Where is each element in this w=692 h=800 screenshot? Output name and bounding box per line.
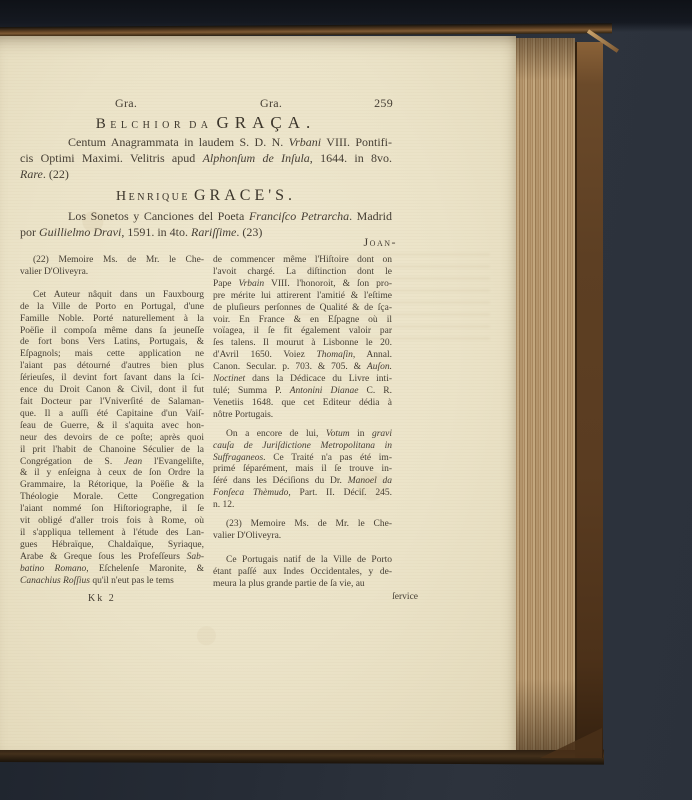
- text-line: meura la plus grande partie de ſa vie, a…: [213, 579, 392, 591]
- text-line: cis Optimi Maximi. Velitris apud Alphonſ…: [20, 150, 392, 166]
- text-line: On a encore de lui, Votum in gravi: [213, 429, 392, 441]
- entry-text-belchior: Centum Anagrammata in laudem S. D. N. Vr…: [20, 134, 392, 182]
- text-line: tulé; Summa P. Antonini Dianae C. R.: [213, 386, 392, 398]
- text-line: l'aiant pas détourné d'autres bien plus: [20, 361, 204, 373]
- footnote-right-column: de commencer même l'Hiſtoire dont onl'av…: [213, 255, 392, 591]
- scanned-book-photo: Gra. Gra. 259 Belchior da Graça. Centum …: [0, 0, 692, 800]
- text-line: (23) Memoire Ms. de Mr. le Che-: [213, 519, 392, 531]
- text-line: de commencer même l'Hiſtoire dont on: [213, 255, 392, 267]
- text-line: d'Avril 1650. Voiez Thomaſin, Annal.: [213, 350, 392, 362]
- text-line: il prit l'habit de Chanoine Séculier de …: [20, 445, 204, 457]
- text-line: nôtre Portugais.: [213, 410, 392, 422]
- text-line: Famille Noble. Porté naturellement à la: [20, 314, 204, 326]
- text-line: de fort bons Vers Latins, Portugais, &: [20, 337, 204, 349]
- text-line: Ce Portugais natif de la Ville de Porto: [213, 555, 392, 567]
- catchword-service: ſervice: [340, 592, 418, 602]
- text-line: étant paſſé aux Indes Occidentales, y de…: [213, 567, 392, 579]
- text-line: vit obligé d'aller trois fois à Rome, où: [20, 516, 204, 528]
- text-line: Venetiis 1648. que cet Editeur dédia à: [213, 398, 392, 410]
- text-line: (22) Memoire Ms. de Mr. le Che-: [20, 255, 204, 267]
- text-line: Fonſeca Thèmudo, Part. II. Déciſ. 245.: [213, 488, 392, 500]
- text-line: l'avoit chargé. La diſtinction dont le: [213, 267, 392, 279]
- heading-name: enrique: [129, 192, 190, 203]
- book-fore-edge: [515, 38, 575, 750]
- text-line: il s'appliqua tellement à l'étude des La…: [20, 528, 204, 540]
- text-line: Rare. (22): [20, 166, 392, 182]
- entry-heading-henrique-graces: Henrique Grace's.: [20, 187, 392, 205]
- text-line: Canachius Roſſius qu'il n'eut pas le tem…: [20, 576, 204, 588]
- text-line: ſeau de Guerre, & il s'aquita avec hon-: [20, 421, 204, 433]
- text-line: cauſa de Juriſdictione Metropolitana in: [213, 441, 392, 453]
- text-line: gues Hébraïque, Chaldaïque, Syriaque,: [20, 540, 204, 552]
- text-line: Noctinet dans la Dédicace du Livre inti-: [213, 374, 392, 386]
- text-line: Suffraganeos. Ce Traité n'a pas été im-: [213, 453, 392, 465]
- text-line: ſes talens. Il mourut à Lisbonne le 20.: [213, 338, 392, 350]
- text-line: Pape Vrbain VIII. l'honoroit, & ſon pro-: [213, 279, 392, 291]
- entry-heading-belchior-da-graca: Belchior da Graça.: [20, 113, 392, 133]
- text-line: ence du Droit Canon & Civil, dont il fut: [20, 385, 204, 397]
- text-line: primé ſéparément, mais il ſe trouve in-: [213, 464, 392, 476]
- text-line: batino Romano, Eſchelenſe Maronite, &: [20, 564, 204, 576]
- signature-mark: Kk 2: [88, 593, 116, 604]
- book-cover-edge: [575, 42, 603, 758]
- text-line: Centum Anagrammata in laudem S. D. N. Vr…: [20, 134, 392, 150]
- book-page: Gra. Gra. 259 Belchior da Graça. Centum …: [0, 36, 516, 750]
- text-line: que. Il a auſſi été Capitaine d'un Vaiſ-: [20, 409, 204, 421]
- text-line: l'aiant nommé ſon Hiſtoriographe, il ſe: [20, 504, 204, 516]
- catchword-joan: Joan-: [300, 235, 397, 250]
- text-line: voïagea, il ſe fit également valoir par: [213, 326, 392, 338]
- text-line: ſéré dans les Déciſions du Dr. Manoel da: [213, 476, 392, 488]
- text-line: valier D'Oliveyra.: [213, 531, 392, 543]
- running-head-left: Gra.: [115, 96, 137, 111]
- text-line: ſérieuſes, il devint fort ſavant dans la…: [20, 373, 204, 385]
- text-line: & il y enſeigna à ceux de ſon Ordre la: [20, 468, 204, 480]
- heading-surname: Graça.: [217, 113, 317, 132]
- text-line: Los Sonetos y Canciones del Poeta Franci…: [20, 208, 392, 224]
- heading-name: elchior: [110, 120, 185, 131]
- text-line: pre mérite lui attirerent l'amitié & l'e…: [213, 291, 392, 303]
- text-line: valier D'Oliveyra.: [20, 267, 204, 279]
- text-line: Cet Auteur nâquit dans un Fauxbourg: [20, 290, 204, 302]
- heading-particle: da: [189, 120, 212, 131]
- text-line: Eſpagnols; mais cette application ne: [20, 349, 204, 361]
- text-line: n. 12.: [213, 500, 392, 512]
- text-line: Théologie Morale. Cette Congregation: [20, 492, 204, 504]
- heading-initial: B: [96, 116, 111, 132]
- text-line: de pluſieurs perſonnes de Qualité & de ſ…: [213, 303, 392, 315]
- page-number: 259: [352, 96, 393, 111]
- running-head-center: Gra.: [260, 96, 282, 111]
- text-line: Poëſie il compoſa même dans ſa jeuneſſe: [20, 326, 204, 338]
- footnote-left-column: (22) Memoire Ms. de Mr. le Che-valier D'…: [20, 255, 204, 587]
- text-line: Grammaire, la Rétorique, la Poëſie & la: [20, 480, 204, 492]
- text-line: fait Docteur par l'Vniverſité de Salaman…: [20, 397, 204, 409]
- heading-initial: H: [116, 189, 129, 204]
- text-line: Canon. Secular. p. 703. & 705. & Auſon.: [213, 362, 392, 374]
- text-line: de la Ville de Porto en Portugal, d'une: [20, 302, 204, 314]
- text-line: Congrégation de S. Jean l'Evangeliſte,: [20, 457, 204, 469]
- text-line: voir. En France & en Eſpagne où il: [213, 315, 392, 327]
- text-line: Arabe & Greque ſous les Profeſſeurs Sab-: [20, 552, 204, 564]
- text-line: neur des devoirs de ce poſte; après quoi: [20, 433, 204, 445]
- heading-surname: Grace's.: [194, 187, 296, 204]
